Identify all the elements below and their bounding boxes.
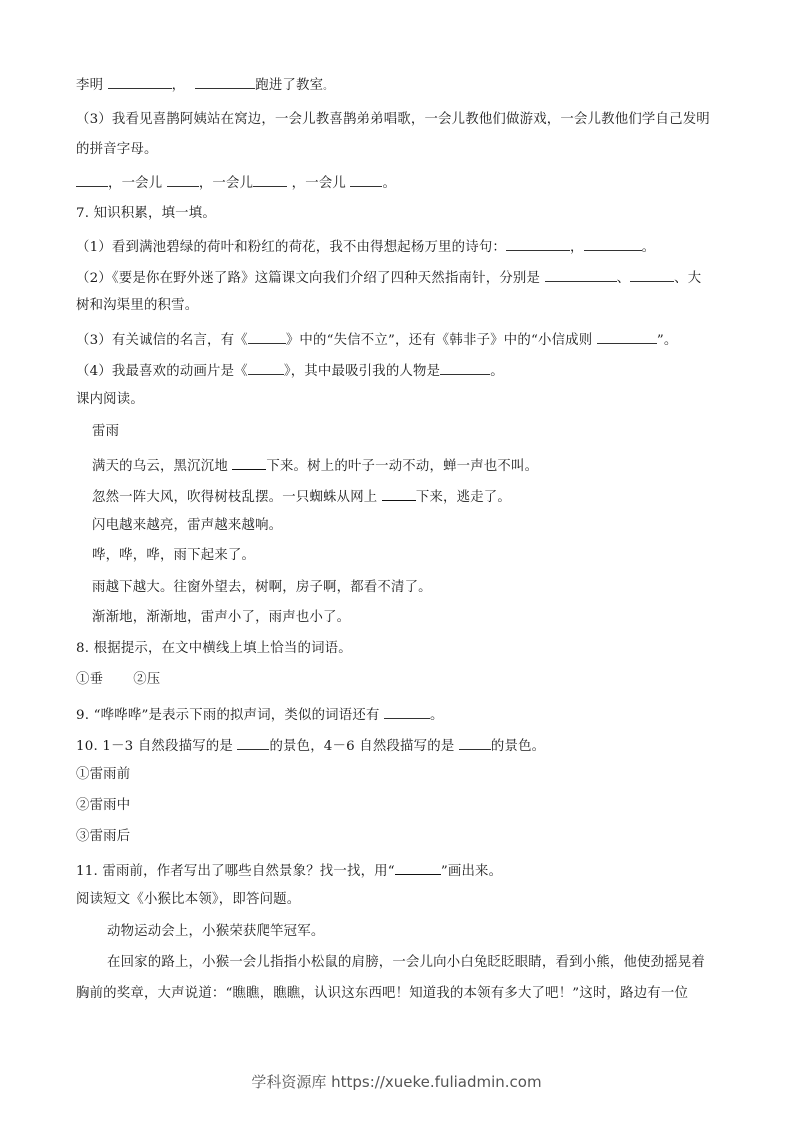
- reading1-paragraph: 闪电越来越亮，雷声越来越响。: [92, 518, 282, 534]
- underline-sample: [395, 861, 441, 875]
- q7-item2: （2）《要是你在野外迷了路》这篇课文向我们介绍了四种天然指南针，分别是 、、大: [76, 268, 701, 287]
- reading2-paragraph: 动物运动会上，小猴荣获爬竿冠军。: [107, 924, 324, 940]
- footer-watermark: 学科资源库 https://xueke.fuliadmin.com: [0, 1071, 793, 1092]
- answer-blank[interactable]: [506, 237, 570, 251]
- answer-blank[interactable]: [167, 173, 199, 187]
- reading1-paragraph: 忽然一阵大风，吹得树枝乱摆。一只蜘蛛从网上 下来，逃走了。: [92, 487, 511, 506]
- q6-item3-text: （3）我看见喜鹊阿姨站在窝边，一会儿教喜鹊弟弟唱歌，一会儿教他们做游戏，一会儿教…: [76, 112, 710, 128]
- q7-item4: （4）我最喜欢的动画片是《》，其中最吸引我的人物是。: [76, 361, 504, 380]
- q7-title: 7. 知识积累，填一填。: [76, 206, 216, 222]
- reading1-paragraph: 渐渐地，渐渐地，雷声小了，雨声也小了。: [92, 610, 350, 626]
- answer-blank[interactable]: [237, 736, 269, 750]
- q7-item3: （3）有关诚信的名言，有《》中的“失信不立”，还有《韩非子》中的“小信成则 ”。: [76, 330, 677, 349]
- q7-item2-cont: 树和沟渠里的积雪。: [76, 298, 198, 314]
- answer-blank[interactable]: [232, 456, 266, 470]
- document-page: 李明 ，跑进了教室。 （3）我看见喜鹊阿姨站在窝边，一会儿教喜鹊弟弟唱歌，一会儿…: [0, 0, 793, 1122]
- answer-blank[interactable]: [195, 75, 255, 89]
- q6-item3-fill: ，一会儿 ，一会儿 ，一会儿 。: [76, 173, 396, 192]
- q10-option: ①雷雨前: [76, 767, 130, 783]
- answer-blank[interactable]: [248, 330, 286, 344]
- q6-line-liming: 李明 ，跑进了教室。: [76, 75, 332, 95]
- reading1-paragraph: 满天的乌云，黑沉沉地 下来。树上的叶子一动不动，蝉一声也不叫。: [92, 456, 538, 475]
- q8-hints: ①垂②压: [76, 672, 160, 688]
- q10-option: ③雷雨后: [76, 829, 130, 845]
- q9: 9. “哗哗哗”是表示下雨的拟声词，类似的词语还有 。: [76, 705, 444, 724]
- q6-item3-text-cont: 的拼音字母。: [76, 142, 158, 158]
- reading2-paragraph-cont: 胸前的奖章，大声说道：“瞧瞧，瞧瞧，认识这东西吧！知道我的本领有多大了吧！”这时…: [76, 986, 688, 1002]
- reading2-paragraph: 在回家的路上，小猴一会儿指指小松鼠的肩膀，一会儿向小白兔眨眨眼睛，看到小熊，他使…: [107, 955, 705, 971]
- answer-blank[interactable]: [248, 361, 284, 375]
- q8-title: 8. 根据提示，在文中横线上填上恰当的词语。: [76, 641, 352, 657]
- q10-option: ②雷雨中: [76, 798, 130, 814]
- q7-item1: （1）看到满池碧绿的荷叶和粉红的荷花，我不由得想起杨万里的诗句：，。: [76, 237, 655, 256]
- answer-blank[interactable]: [584, 237, 642, 251]
- answer-blank[interactable]: [440, 361, 490, 375]
- answer-blank[interactable]: [253, 173, 287, 187]
- answer-blank[interactable]: [382, 487, 416, 501]
- q11: 11. 雷雨前，作者写出了哪些自然景象？找一找，用“”画出来。: [76, 861, 502, 880]
- answer-blank[interactable]: [108, 75, 172, 89]
- answer-blank[interactable]: [630, 268, 674, 282]
- answer-blank[interactable]: [76, 173, 108, 187]
- answer-blank[interactable]: [384, 705, 430, 719]
- reading1-paragraph: 哗，哗，哗，雨下起来了。: [92, 548, 255, 564]
- reading1-intro: 课内阅读。: [76, 392, 144, 408]
- q10: 10. 1－3 自然段描写的是 的景色，4－6 自然段描写的是 的景色。: [76, 736, 545, 755]
- reading2-intro: 阅读短文《小猴比本领》，即答问题。: [76, 892, 300, 908]
- answer-blank[interactable]: [350, 173, 382, 187]
- answer-blank[interactable]: [597, 330, 657, 344]
- answer-blank[interactable]: [545, 268, 617, 282]
- answer-blank[interactable]: [459, 736, 491, 750]
- reading1-paragraph: 雨越下越大。往窗外望去，树啊，房子啊，都看不清了。: [92, 580, 432, 596]
- reading1-title: 雷雨: [92, 424, 119, 440]
